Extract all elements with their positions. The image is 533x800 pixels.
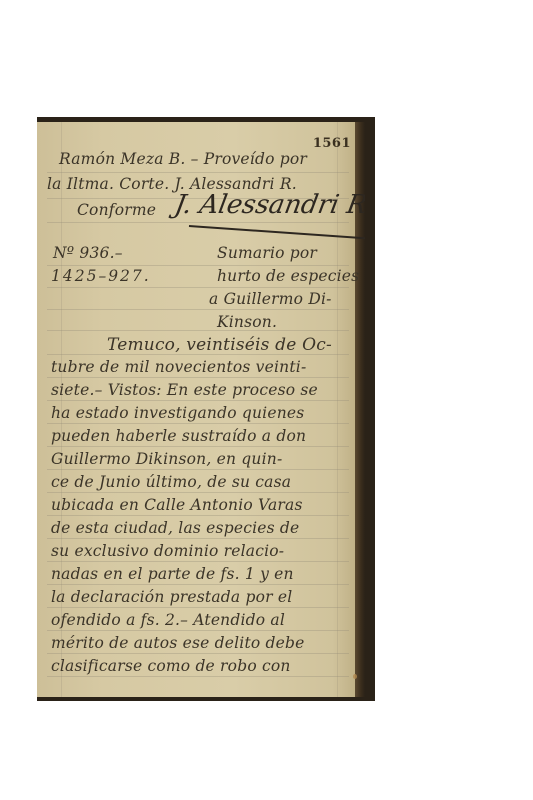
scanned-ledger-page: 1561 Ramón Meza B. – Proveído por la Ilt… — [37, 117, 375, 701]
signature-underline — [189, 225, 365, 239]
ruled-line — [47, 309, 349, 310]
ruled-line — [47, 561, 349, 562]
case-subject-line: a Guillermo Di- — [209, 290, 332, 308]
body-line: Temuco, veintiséis de Oc- — [107, 335, 332, 355]
ruled-line — [47, 469, 349, 470]
ruled-line — [47, 265, 349, 266]
ruled-line — [47, 446, 349, 447]
case-subject-line: Sumario por — [217, 244, 317, 262]
signature: J. Alessandri R. — [172, 190, 365, 220]
ruled-line — [47, 630, 349, 631]
ruled-line — [47, 676, 349, 677]
ruled-line — [47, 607, 349, 608]
header-line: Ramón Meza B. – Proveído por — [59, 150, 307, 168]
paper-stain — [353, 674, 357, 679]
body-line: siete.– Vistos: En este proceso se — [51, 381, 318, 399]
ruled-line — [47, 222, 349, 223]
body-line: la declaración prestada por el — [51, 588, 292, 606]
body-line: ha estado investigando quienes — [51, 404, 304, 422]
body-line: ce de Junio último, de su casa — [51, 473, 291, 491]
case-subject-line: Kinson. — [217, 313, 277, 331]
body-line: pueden haberle sustraído a don — [51, 427, 306, 445]
body-line: ofendido a fs. 2.– Atendido al — [51, 611, 285, 629]
body-line: clasificarse como de robo con — [51, 657, 291, 675]
paper-sheet: 1561 Ramón Meza B. – Proveído por la Ilt… — [37, 122, 365, 697]
ruled-line — [47, 330, 349, 331]
body-line: Guillermo Dikinson, en quin- — [51, 450, 282, 468]
ruled-line — [47, 653, 349, 654]
body-line: tubre de mil novecientos veinti- — [51, 358, 306, 376]
header-line: Conforme — [77, 201, 156, 219]
body-line: de esta ciudad, las especies de — [51, 519, 299, 537]
ruled-line — [47, 400, 349, 401]
ruled-line — [47, 584, 349, 585]
body-line: ubicada en Calle Antonio Varas — [51, 496, 303, 514]
ruled-line — [47, 377, 349, 378]
ruled-line — [47, 287, 349, 288]
case-year: 1425–927. — [51, 267, 151, 285]
ruled-line — [47, 515, 349, 516]
case-subject-line: hurto de especies — [217, 267, 359, 285]
body-line: nadas en el parte de fs. 1 y en — [51, 565, 294, 583]
body-line: su exclusivo dominio relacio- — [51, 542, 284, 560]
case-number: Nº 936.– — [53, 244, 123, 262]
body-line: mérito de autos ese delito debe — [51, 634, 305, 652]
ruled-line — [47, 172, 349, 173]
page-number: 1561 — [313, 136, 351, 151]
ruled-line — [47, 538, 349, 539]
ruled-line — [47, 492, 349, 493]
ruled-line — [47, 423, 349, 424]
